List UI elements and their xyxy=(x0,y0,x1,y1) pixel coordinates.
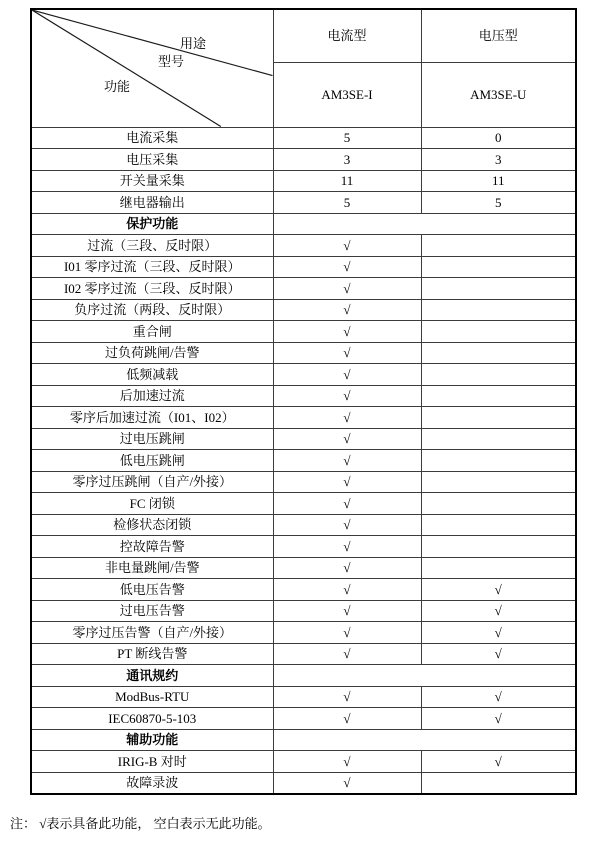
value-cell-i: √ xyxy=(273,536,421,558)
value-cell-u: 5 xyxy=(421,192,576,214)
value-cell-i: √ xyxy=(273,557,421,579)
value-cell-i: √ xyxy=(273,514,421,536)
value-cell-u xyxy=(421,407,576,429)
table-row: 过电压跳闸√ xyxy=(31,428,576,450)
column-type-voltage: 电压型 xyxy=(421,9,576,62)
column-model-am3se-i: AM3SE-I xyxy=(273,62,421,127)
value-cell-i: √ xyxy=(273,600,421,622)
value-cell-u xyxy=(421,536,576,558)
value-cell-i: √ xyxy=(273,278,421,300)
value-cell-i: √ xyxy=(273,622,421,644)
value-cell-u xyxy=(421,385,576,407)
section-header: 保护功能 xyxy=(31,213,273,235)
table-row: 过电压告警√√ xyxy=(31,600,576,622)
table-row: 电压采集33 xyxy=(31,149,576,171)
feature-label: 继电器输出 xyxy=(31,192,273,214)
feature-label: 过负荷跳闸/告警 xyxy=(31,342,273,364)
corner-label-function: 功能 xyxy=(104,80,130,93)
feature-label: 非电量跳闸/告警 xyxy=(31,557,273,579)
feature-label: 低电压跳闸 xyxy=(31,450,273,472)
value-cell-u xyxy=(421,256,576,278)
table-row: 继电器输出55 xyxy=(31,192,576,214)
table-row: FC 闭锁√ xyxy=(31,493,576,515)
value-cell-i: √ xyxy=(273,407,421,429)
value-cell-u xyxy=(421,235,576,257)
feature-label: 过电压告警 xyxy=(31,600,273,622)
table-row: 非电量跳闸/告警√ xyxy=(31,557,576,579)
value-cell-i: √ xyxy=(273,493,421,515)
feature-label: 重合闸 xyxy=(31,321,273,343)
feature-table-header: 用途 型号 功能 电流型 电压型 AM3SE-I AM3SE-U xyxy=(31,9,576,127)
feature-label: 控故障告警 xyxy=(31,536,273,558)
value-cell-i: √ xyxy=(273,256,421,278)
table-row: 后加速过流√ xyxy=(31,385,576,407)
feature-label: PT 断线告警 xyxy=(31,643,273,665)
value-cell-u xyxy=(421,471,576,493)
column-type-current: 电流型 xyxy=(273,9,421,62)
value-cell-i: 3 xyxy=(273,149,421,171)
feature-label: 电压采集 xyxy=(31,149,273,171)
value-cell-i: √ xyxy=(273,450,421,472)
value-cell-i: √ xyxy=(273,428,421,450)
table-row: IEC60870-5-103√√ xyxy=(31,708,576,730)
footnote: 注： √表示具备此功能， 空白表示无此功能。 xyxy=(10,815,271,833)
value-cell-i: 11 xyxy=(273,170,421,192)
feature-label: FC 闭锁 xyxy=(31,493,273,515)
table-row: 过流（三段、反时限）√ xyxy=(31,235,576,257)
section-header: 辅助功能 xyxy=(31,729,273,751)
value-cell-u: 11 xyxy=(421,170,576,192)
value-cell-i: 5 xyxy=(273,127,421,149)
feature-label: 过电压跳闸 xyxy=(31,428,273,450)
value-cell-u xyxy=(421,321,576,343)
value-cell-i: √ xyxy=(273,235,421,257)
value-cell-i: √ xyxy=(273,299,421,321)
value-cell-u xyxy=(421,299,576,321)
feature-label: 负序过流（两段、反时限） xyxy=(31,299,273,321)
feature-label: 过流（三段、反时限） xyxy=(31,235,273,257)
table-row: 过负荷跳闸/告警√ xyxy=(31,342,576,364)
value-cell-u xyxy=(421,450,576,472)
diagonal-lines-icon xyxy=(32,10,273,127)
feature-label: ModBus-RTU xyxy=(31,686,273,708)
feature-label: 检修状态闭锁 xyxy=(31,514,273,536)
value-cell-u xyxy=(421,278,576,300)
feature-label: 低电压告警 xyxy=(31,579,273,601)
section-empty-cell xyxy=(273,665,576,687)
table-row: 控故障告警√ xyxy=(31,536,576,558)
feature-label: IEC60870-5-103 xyxy=(31,708,273,730)
value-cell-u: √ xyxy=(421,708,576,730)
feature-label: IRIG-B 对时 xyxy=(31,751,273,773)
value-cell-i: √ xyxy=(273,321,421,343)
table-row: IRIG-B 对时√√ xyxy=(31,751,576,773)
value-cell-u xyxy=(421,514,576,536)
table-row: 低电压跳闸√ xyxy=(31,450,576,472)
feature-table: 用途 型号 功能 电流型 电压型 AM3SE-I AM3SE-U 电流采集50电… xyxy=(30,8,577,795)
table-row: 重合闸√ xyxy=(31,321,576,343)
value-cell-i: √ xyxy=(273,385,421,407)
table-row: 检修状态闭锁√ xyxy=(31,514,576,536)
table-row: I02 零序过流（三段、反时限）√ xyxy=(31,278,576,300)
feature-label: I02 零序过流（三段、反时限） xyxy=(31,278,273,300)
value-cell-i: √ xyxy=(273,751,421,773)
table-row: PT 断线告警√√ xyxy=(31,643,576,665)
value-cell-u xyxy=(421,772,576,794)
value-cell-i: √ xyxy=(273,364,421,386)
value-cell-i: √ xyxy=(273,471,421,493)
value-cell-i: √ xyxy=(273,342,421,364)
table-row: 开关量采集1111 xyxy=(31,170,576,192)
corner-label-model: 型号 xyxy=(158,55,184,68)
value-cell-i: 5 xyxy=(273,192,421,214)
feature-label: 零序后加速过流（I01、I02） xyxy=(31,407,273,429)
corner-label-usage: 用途 xyxy=(180,37,206,50)
table-row: 电流采集50 xyxy=(31,127,576,149)
feature-table-body: 电流采集50电压采集33开关量采集1111继电器输出55保护功能过流（三段、反时… xyxy=(31,127,576,794)
value-cell-u: √ xyxy=(421,643,576,665)
table-row: 低频减载√ xyxy=(31,364,576,386)
table-row: ModBus-RTU√√ xyxy=(31,686,576,708)
value-cell-u xyxy=(421,342,576,364)
feature-label: 电流采集 xyxy=(31,127,273,149)
value-cell-u: √ xyxy=(421,686,576,708)
feature-label: 开关量采集 xyxy=(31,170,273,192)
section-header: 通讯规约 xyxy=(31,665,273,687)
section-row: 通讯规约 xyxy=(31,665,576,687)
feature-label: 低频减载 xyxy=(31,364,273,386)
value-cell-i: √ xyxy=(273,772,421,794)
feature-label: 后加速过流 xyxy=(31,385,273,407)
value-cell-u: √ xyxy=(421,579,576,601)
header-type-row: 用途 型号 功能 电流型 电压型 xyxy=(31,9,576,62)
section-empty-cell xyxy=(273,213,576,235)
table-row: I01 零序过流（三段、反时限）√ xyxy=(31,256,576,278)
value-cell-i: √ xyxy=(273,643,421,665)
value-cell-u xyxy=(421,364,576,386)
value-cell-u xyxy=(421,428,576,450)
value-cell-u: √ xyxy=(421,622,576,644)
value-cell-u: 3 xyxy=(421,149,576,171)
value-cell-i: √ xyxy=(273,579,421,601)
section-empty-cell xyxy=(273,729,576,751)
value-cell-u: √ xyxy=(421,751,576,773)
value-cell-i: √ xyxy=(273,686,421,708)
value-cell-u xyxy=(421,557,576,579)
table-row: 零序过压告警（自产/外接）√√ xyxy=(31,622,576,644)
table-row: 低电压告警√√ xyxy=(31,579,576,601)
value-cell-i: √ xyxy=(273,708,421,730)
feature-label: 零序过压告警（自产/外接） xyxy=(31,622,273,644)
feature-label: I01 零序过流（三段、反时限） xyxy=(31,256,273,278)
feature-label: 故障录波 xyxy=(31,772,273,794)
section-row: 辅助功能 xyxy=(31,729,576,751)
table-row: 故障录波√ xyxy=(31,772,576,794)
corner-cell: 用途 型号 功能 xyxy=(31,9,273,127)
section-row: 保护功能 xyxy=(31,213,576,235)
value-cell-u: √ xyxy=(421,600,576,622)
feature-label: 零序过压跳闸（自产/外接） xyxy=(31,471,273,493)
value-cell-u xyxy=(421,493,576,515)
value-cell-u: 0 xyxy=(421,127,576,149)
table-row: 零序过压跳闸（自产/外接）√ xyxy=(31,471,576,493)
table-row: 零序后加速过流（I01、I02）√ xyxy=(31,407,576,429)
document-page: 用途 型号 功能 电流型 电压型 AM3SE-I AM3SE-U 电流采集50电… xyxy=(0,0,595,852)
column-model-am3se-u: AM3SE-U xyxy=(421,62,576,127)
table-row: 负序过流（两段、反时限）√ xyxy=(31,299,576,321)
